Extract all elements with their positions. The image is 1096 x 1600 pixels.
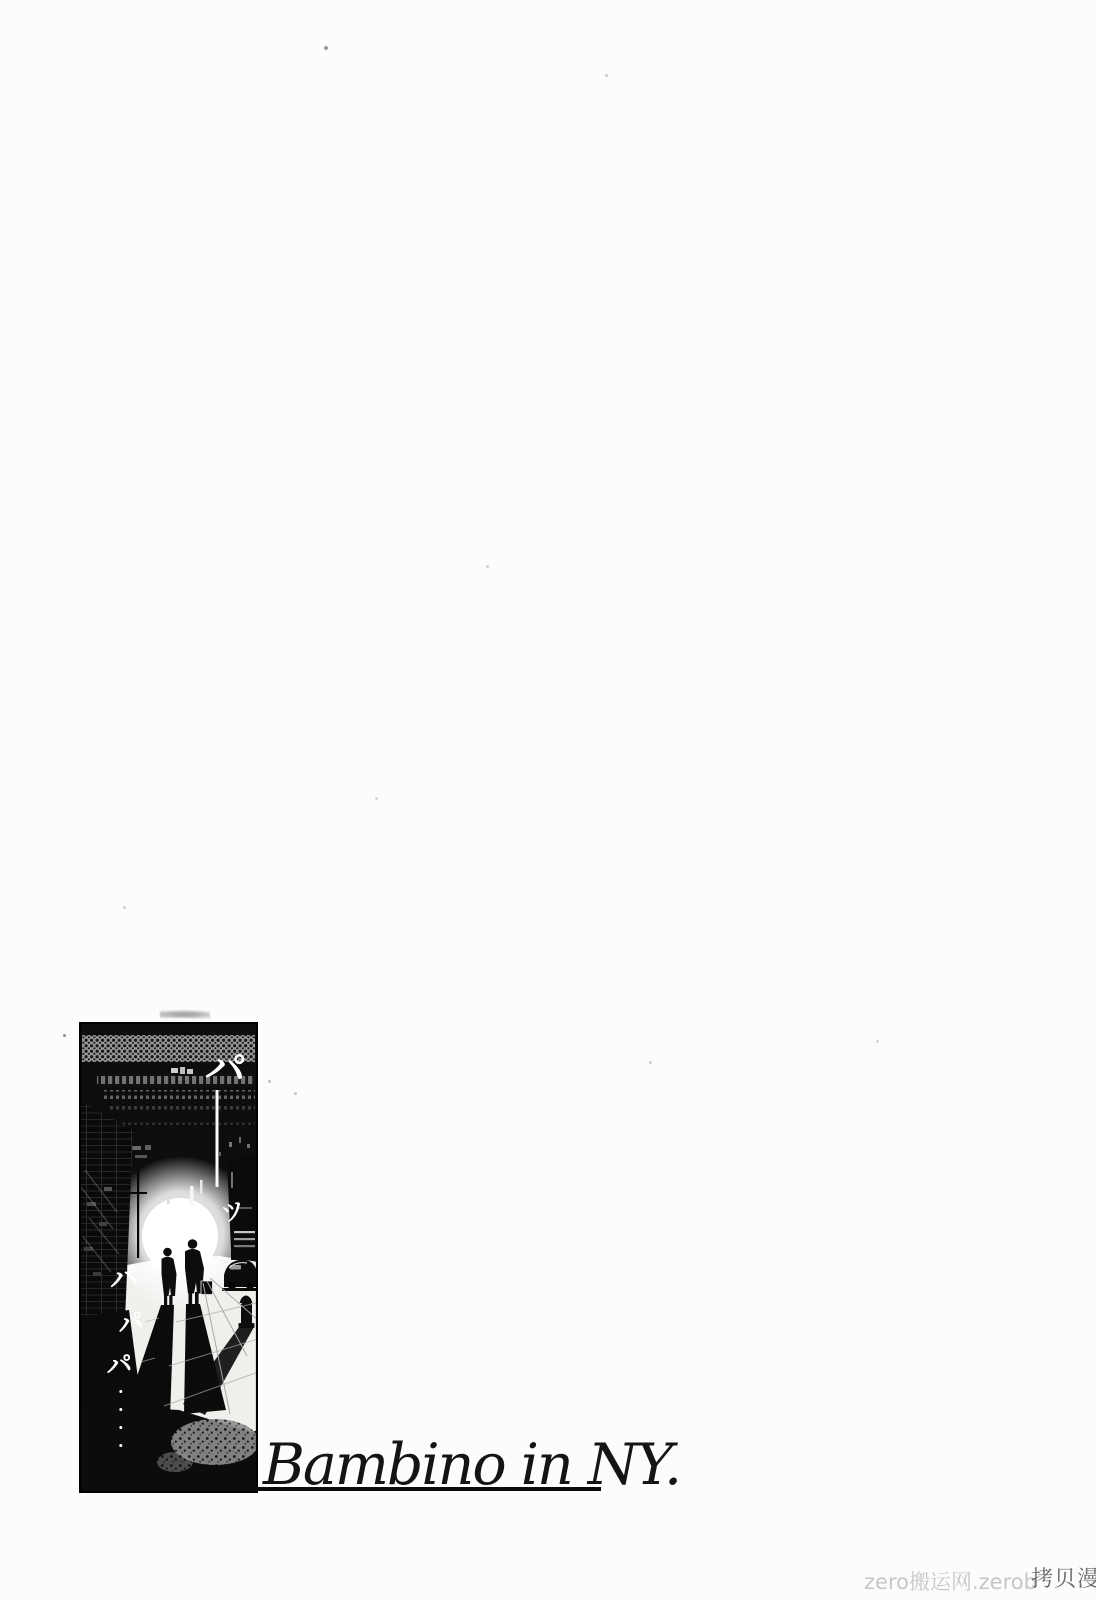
scan-speck	[294, 1092, 297, 1095]
scan-speck	[63, 1034, 66, 1037]
scan-speck	[605, 74, 608, 77]
sfx-pa-1: パ	[108, 1260, 140, 1297]
watermark-overlay-text: 拷贝漫画	[1031, 1569, 1096, 1591]
scan-speck	[324, 46, 328, 50]
bleedthrough-smudge	[160, 1010, 210, 1019]
panel-art: パ ツ パ パ パ ・・・・	[79, 1022, 258, 1493]
watermark-site-text: zero搬运网.zerob	[864, 1572, 1037, 1593]
scan-speck	[649, 1061, 652, 1064]
sfx-pa-large: パ	[203, 1044, 248, 1094]
chapter-title: Bambino in NY.	[263, 1437, 680, 1494]
sfx-pa-2: パ	[115, 1307, 146, 1341]
sfx-trailing-dots: ・・・・	[112, 1385, 127, 1457]
manga-panel-night-street: パ ツ パ パ パ ・・・・	[79, 1022, 258, 1493]
scan-speck	[486, 565, 489, 568]
manga-page: パ ツ パ パ パ ・・・・ Bambino in NY. zero搬运网.ze…	[0, 0, 1096, 1600]
scan-speck	[876, 1040, 879, 1043]
scan-speck	[375, 797, 378, 800]
chapter-title-underline	[256, 1487, 601, 1491]
sfx-pa-3: パ	[105, 1350, 133, 1382]
scan-speck	[123, 906, 126, 909]
scan-speck	[268, 1080, 271, 1083]
